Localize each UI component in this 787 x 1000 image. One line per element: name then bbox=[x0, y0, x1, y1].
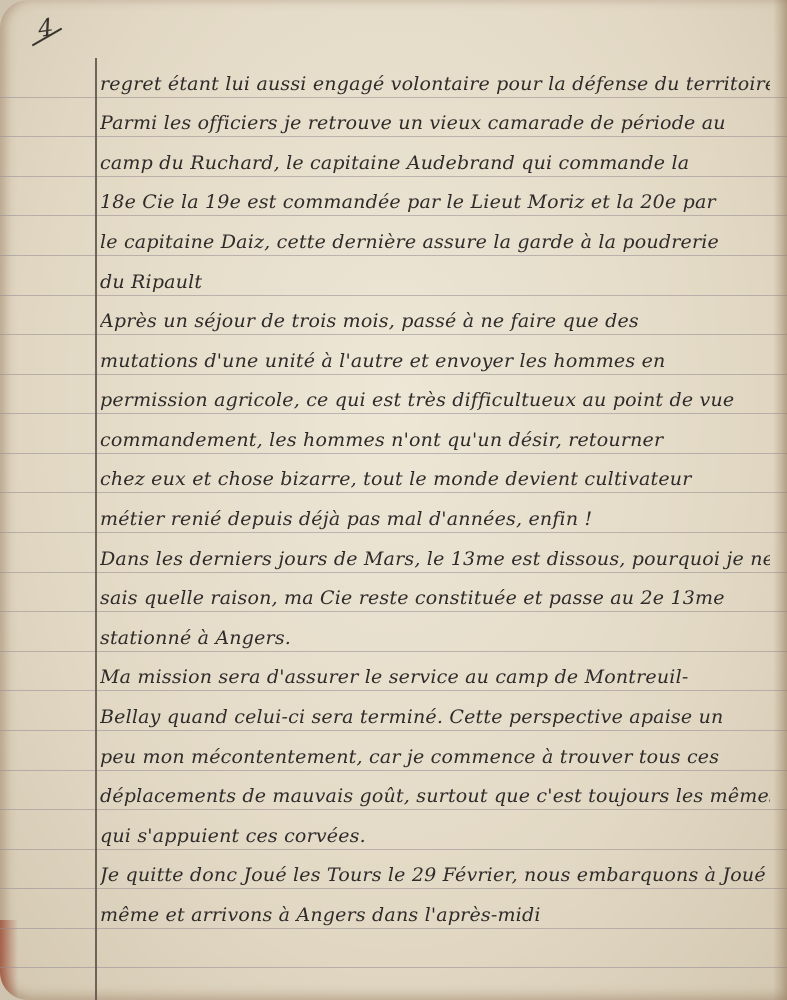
text-line: sais quelle raison, ma Cie reste constit… bbox=[100, 586, 770, 610]
ruled-line bbox=[0, 413, 787, 414]
text-line: Après un séjour de trois mois, passé à n… bbox=[100, 309, 770, 333]
ruled-line bbox=[0, 136, 787, 137]
ruled-line bbox=[0, 611, 787, 612]
ruled-line bbox=[0, 334, 787, 335]
ruled-line bbox=[0, 849, 787, 850]
text-line: Parmi les officiers je retrouve un vieux… bbox=[100, 111, 770, 135]
text-line: qui s'appuient ces corvées. bbox=[100, 824, 770, 848]
text-line: camp du Ruchard, le capitaine Audebrand … bbox=[100, 151, 770, 175]
ruled-line bbox=[0, 255, 787, 256]
ruled-line bbox=[0, 888, 787, 889]
notebook-page: 4 regret étant lui aussi engagé volontai… bbox=[0, 0, 787, 1000]
ruled-line bbox=[0, 453, 787, 454]
text-line: déplacements de mauvais goût, surtout qu… bbox=[100, 784, 770, 808]
ruled-line bbox=[0, 97, 787, 98]
ruled-line bbox=[0, 730, 787, 731]
ruled-line bbox=[0, 809, 787, 810]
ruled-line bbox=[0, 532, 787, 533]
text-line: 18e Cie la 19e est commandée par le Lieu… bbox=[100, 190, 770, 214]
text-line: du Ripault bbox=[100, 270, 770, 294]
text-line: peu mon mécontentement, car je commence … bbox=[100, 745, 770, 769]
ruled-line bbox=[0, 770, 787, 771]
ruled-line bbox=[0, 572, 787, 573]
ruled-line bbox=[0, 967, 787, 968]
text-line: mutations d'une unité à l'autre et envoy… bbox=[100, 349, 770, 373]
text-line: commandement, les hommes n'ont qu'un dés… bbox=[100, 428, 770, 452]
ruled-line bbox=[0, 215, 787, 216]
text-line: même et arrivons à Angers dans l'après-m… bbox=[100, 903, 770, 927]
ruled-line bbox=[0, 295, 787, 296]
text-line: stationné à Angers. bbox=[100, 626, 770, 650]
text-line: Je quitte donc Joué les Tours le 29 Févr… bbox=[100, 863, 770, 887]
ruled-line bbox=[0, 928, 787, 929]
ruled-line bbox=[0, 492, 787, 493]
text-line: métier renié depuis déjà pas mal d'année… bbox=[100, 507, 770, 531]
ruled-line bbox=[0, 374, 787, 375]
ruled-line bbox=[0, 651, 787, 652]
text-line: regret étant lui aussi engagé volontaire… bbox=[100, 72, 770, 96]
ruled-line bbox=[0, 690, 787, 691]
text-line: Bellay quand celui-ci sera terminé. Cett… bbox=[100, 705, 770, 729]
text-line: permission agricole, ce qui est très dif… bbox=[100, 388, 770, 412]
ruled-line bbox=[0, 176, 787, 177]
text-line: Dans les derniers jours de Mars, le 13me… bbox=[100, 547, 770, 571]
text-line: le capitaine Daiz, cette dernière assure… bbox=[100, 230, 770, 254]
margin-line bbox=[95, 58, 97, 1000]
text-line: chez eux et chose bizarre, tout le monde… bbox=[100, 467, 770, 491]
text-line: Ma mission sera d'assurer le service au … bbox=[100, 665, 770, 689]
